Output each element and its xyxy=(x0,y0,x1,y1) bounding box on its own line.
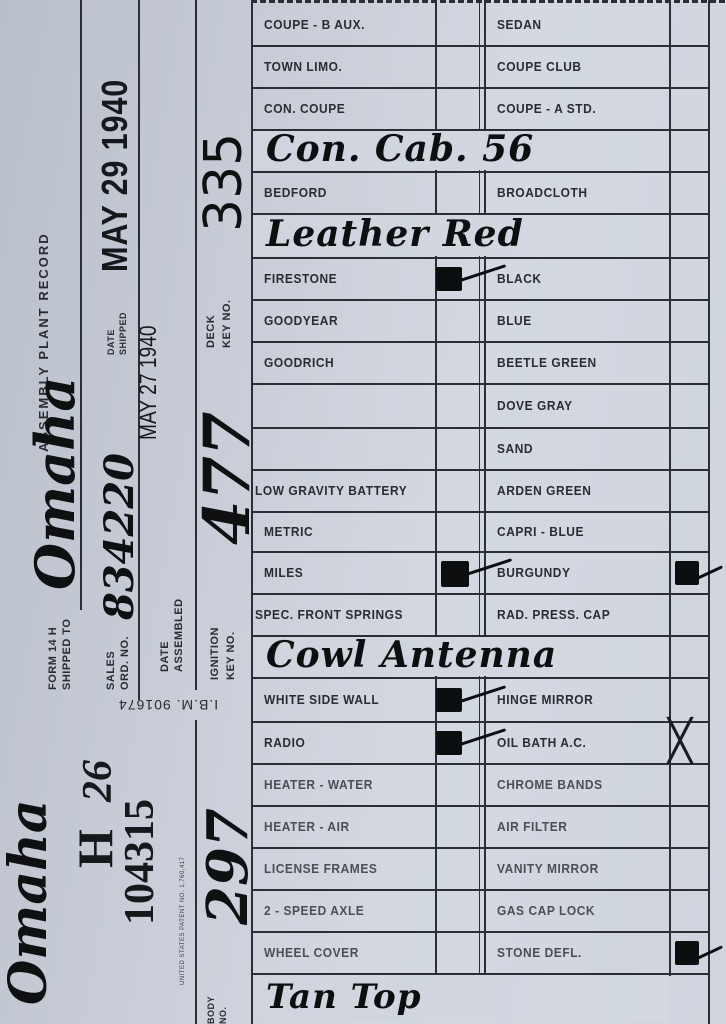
filled-check-mark-icon xyxy=(675,561,699,585)
option-label-left: CON. COUPE xyxy=(264,101,345,116)
filled-check-mark-icon xyxy=(436,267,462,291)
option-label-right: CHROME BANDS xyxy=(497,777,603,792)
date-assembled-value: MAY 27 1940 xyxy=(136,325,162,440)
row-divider xyxy=(251,383,710,385)
handwritten-entry: Cowl Antenna xyxy=(266,632,557,678)
deck-key-value: 335 xyxy=(198,133,250,232)
ignition-key-label-2: KEY NO. xyxy=(226,631,237,680)
option-label-right: COUPE - A STD. xyxy=(497,101,596,116)
option-label-right: SEDAN xyxy=(497,17,542,32)
option-checkbox-right[interactable] xyxy=(671,512,708,550)
option-label-left: BEDFORD xyxy=(264,185,327,200)
row-divider xyxy=(251,763,710,765)
option-checkbox-right[interactable] xyxy=(671,470,708,510)
ibm-number: I.B.M. 901674 xyxy=(118,697,218,713)
date-assembled-label-1: DATE xyxy=(160,641,171,672)
option-label-right: BURGUNDY xyxy=(497,565,571,580)
filled-check-mark-icon xyxy=(436,688,462,712)
option-label-right: BLACK xyxy=(497,271,542,286)
serial-number: 104315 xyxy=(118,799,162,925)
assembly-plant-record-card: ASSEMBLY PLANT RECORD FORM 14 H SHIPPED … xyxy=(0,0,726,1024)
option-label-left: 2 - SPEED AXLE xyxy=(264,903,364,918)
option-checkbox-left[interactable] xyxy=(437,300,479,340)
option-checkbox-right[interactable] xyxy=(671,806,708,846)
option-label-right: BLUE xyxy=(497,313,532,328)
option-label-left: LOW GRAVITY BATTERY xyxy=(255,483,407,498)
option-checkbox-right[interactable] xyxy=(671,848,708,888)
shipped-to-value: Omaha xyxy=(28,377,82,590)
option-checkbox-left[interactable] xyxy=(437,4,479,44)
sales-ord-value: 834220 xyxy=(100,453,140,620)
row-divider xyxy=(251,551,710,553)
option-checkbox-right[interactable] xyxy=(671,764,708,804)
option-checkbox-left[interactable] xyxy=(437,512,479,550)
option-label-left: WHITE SIDE WALL xyxy=(264,692,379,707)
option-checkbox-left[interactable] xyxy=(437,384,479,426)
option-label-right: DOVE GRAY xyxy=(497,398,573,413)
option-label-left: HEATER - AIR xyxy=(264,819,350,834)
row-divider xyxy=(251,427,710,429)
option-label-left: MILES xyxy=(264,565,303,580)
handwritten-entry: Leather Red xyxy=(266,210,524,258)
option-checkbox-right[interactable] xyxy=(671,428,708,468)
option-label-left: GOODRICH xyxy=(264,355,334,370)
row-divider xyxy=(251,973,710,975)
option-label-right: GAS CAP LOCK xyxy=(497,903,595,918)
body-no-label-2: NO. xyxy=(218,1006,229,1024)
option-label-right: COUPE CLUB xyxy=(497,59,582,74)
option-label-left: LICENSE FRAMES xyxy=(264,861,377,876)
option-label-right: SAND xyxy=(497,441,533,456)
handwritten-entry: Tan Top xyxy=(266,970,421,1024)
option-checkbox-left[interactable] xyxy=(437,890,479,930)
filled-check-mark-icon xyxy=(675,941,699,965)
date-assembled-label-2: ASSEMBLED xyxy=(174,598,185,672)
option-label-right: STONE DEFL. xyxy=(497,945,582,960)
row-divider xyxy=(251,847,710,849)
row-divider xyxy=(251,721,710,723)
option-checkbox-left[interactable] xyxy=(437,764,479,804)
option-label-left: RADIO xyxy=(264,735,305,750)
row-divider xyxy=(251,889,710,891)
option-checkbox-right[interactable] xyxy=(671,4,708,44)
sales-ord-label-1: SALES xyxy=(106,651,117,690)
shipped-to-label: SHIPPED TO xyxy=(62,619,73,690)
option-checkbox-right[interactable] xyxy=(671,88,708,128)
option-label-right: RAD. PRESS. CAP xyxy=(497,607,610,622)
option-label-right: BROADCLOTH xyxy=(497,185,588,200)
option-checkbox-left[interactable] xyxy=(437,932,479,972)
option-label-left: HEATER - WATER xyxy=(264,777,373,792)
body-no-label-1: BODY xyxy=(206,996,217,1024)
option-checkbox-left[interactable] xyxy=(437,806,479,846)
stub-divider-3 xyxy=(195,0,197,690)
option-checkbox-right[interactable] xyxy=(671,594,708,634)
option-label-left: TOWN LIMO. xyxy=(264,59,342,74)
option-checkbox-left[interactable] xyxy=(437,594,479,634)
deck-key-label-2: KEY NO. xyxy=(222,299,233,348)
option-checkbox-left[interactable] xyxy=(437,428,479,468)
row-divider xyxy=(251,469,710,471)
form-number: FORM 14 H xyxy=(48,627,59,690)
date-shipped-stamp: MAY 29 1940 xyxy=(96,79,134,272)
option-label-right: CAPRI - BLUE xyxy=(497,524,584,539)
option-checkbox-left[interactable] xyxy=(437,46,479,86)
option-label-left: GOODYEAR xyxy=(264,313,338,328)
option-checkbox-left[interactable] xyxy=(437,172,479,212)
filled-check-mark-icon xyxy=(441,561,469,587)
option-checkbox-right[interactable] xyxy=(671,678,708,720)
option-label-right: AIR FILTER xyxy=(497,819,567,834)
option-label-right: ARDEN GREEN xyxy=(497,483,591,498)
option-label-right: BEETLE GREEN xyxy=(497,355,597,370)
option-label-right: HINGE MIRROR xyxy=(497,692,593,707)
option-checkbox-right[interactable] xyxy=(671,384,708,426)
plant-signature: Omaha xyxy=(2,799,56,1005)
option-label-right: OIL BATH A.C. xyxy=(497,735,586,750)
option-checkbox-right[interactable] xyxy=(671,890,708,930)
option-checkbox-right[interactable] xyxy=(671,172,708,212)
serial-prefix: H xyxy=(70,829,120,868)
option-checkbox-left[interactable] xyxy=(437,470,479,510)
filled-check-mark-icon xyxy=(436,731,462,755)
patent-text: UNITED STATES PATENT NO. 1,760,417 xyxy=(180,857,186,985)
row-divider xyxy=(251,45,710,47)
deck-key-label-1: DECK xyxy=(206,315,217,348)
option-checkbox-left[interactable] xyxy=(437,342,479,382)
ignition-key-value: 477 xyxy=(196,411,260,545)
row-divider xyxy=(251,805,710,807)
ignition-key-label-1: IGNITION xyxy=(210,627,221,680)
handwritten-entry: Con. Cab. 56 xyxy=(266,126,534,172)
option-checkbox-left[interactable] xyxy=(437,88,479,128)
row-divider xyxy=(251,299,710,301)
option-label-left: COUPE - B AUX. xyxy=(264,17,365,32)
date-shipped-label-2: SHIPPED xyxy=(118,312,129,355)
body-no-value: 297 xyxy=(200,808,256,925)
row-divider xyxy=(251,341,710,343)
serial-code: 26 xyxy=(76,760,120,802)
option-label-left: METRIC xyxy=(264,524,313,539)
option-label-left: SPEC. FRONT SPRINGS xyxy=(255,607,403,622)
option-checkbox-left[interactable] xyxy=(437,848,479,888)
option-label-left: WHEEL COVER xyxy=(264,945,359,960)
grid-top-edge xyxy=(251,0,726,3)
option-checkbox-right[interactable] xyxy=(671,342,708,382)
option-checkbox-right[interactable] xyxy=(671,46,708,86)
sales-ord-label-2: ORD. NO. xyxy=(120,636,131,690)
option-label-right: VANITY MIRROR xyxy=(497,861,599,876)
option-label-left: FIRESTONE xyxy=(264,271,337,286)
x-mark-icon: ╳ xyxy=(668,721,692,761)
date-shipped-label-1: DATE xyxy=(106,329,117,355)
option-checkbox-right[interactable] xyxy=(671,300,708,340)
row-divider xyxy=(251,593,710,595)
row-divider xyxy=(251,511,710,513)
row-divider xyxy=(251,931,710,933)
option-checkbox-right[interactable] xyxy=(671,258,708,298)
row-divider xyxy=(251,87,710,89)
